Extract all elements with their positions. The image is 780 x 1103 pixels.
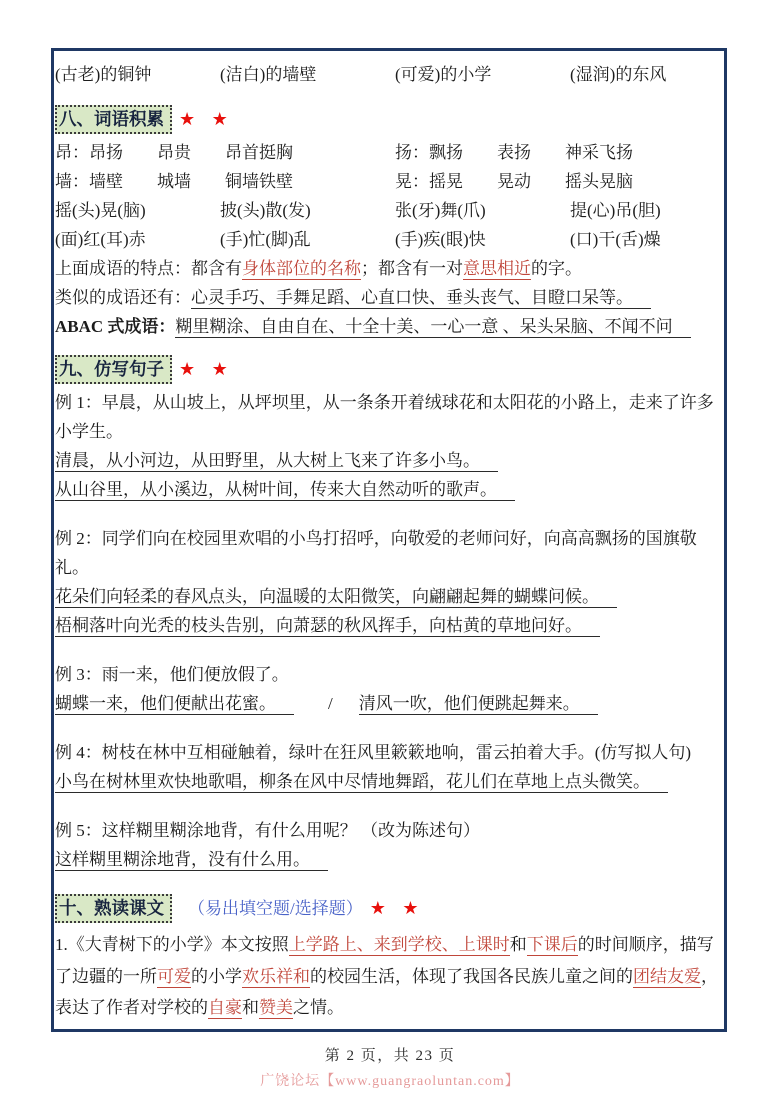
summary-text: 的小学 [191,967,242,986]
idiom-item: (手)忙(脚)乱 [220,225,395,254]
summary-keyword: 自豪 [208,998,242,1019]
idiom-item: 张(牙)舞(爪) [395,196,570,225]
summary-text: 的校园生活，体现了我国各民族儿童之间的 [310,967,633,986]
example-answer: 这样糊里糊涂地背，没有什么用。 [55,845,719,874]
phrase-item: (洁白)的墙壁 [220,60,395,89]
example-answer: 小鸟在树林里欢快地歌唱，柳条在风中尽情地舞蹈，花儿们在草地上点头微笑。 [55,767,719,796]
answer-text: 清风一吹，他们便跳起舞来。 [359,694,598,715]
similar-label: 类似的成语还有： [55,288,191,307]
watermark-site: 广饶论坛【www.guangraoluntan.com】 [0,1070,780,1090]
answer-text: 小鸟在树林里欢快地歌唱，柳条在风中尽情地舞蹈，花儿们在草地上点头微笑。 [55,772,668,793]
example-prompt: 例 3：雨一来，他们便放假了。 [55,660,719,689]
example-answer: 清晨，从小河边，从田野里，从大树上飞来了许多小鸟。 [55,446,719,475]
abac-content: 糊里糊涂、自由自在、十全十美、一心一意 、呆头呆脑、不闻不问 [175,317,690,338]
section10-title: 十、熟读课文 [55,894,172,923]
word-row: 昂：昂扬 昂贵 昂首挺胸 扬：飘扬 表扬 神采飞扬 [55,138,719,167]
summary-text: 和 [510,935,527,954]
example-prompt: 例 2：同学们向在校园里欢唱的小鸟打招呼，向敬爱的老师问好，向高高飘扬的国旗敬礼… [55,524,719,582]
similar-idioms-line: 类似的成语还有：心灵手巧、手舞足蹈、心直口快、垂头丧气、目瞪口呆等。 [55,283,719,312]
abac-idioms-line: ABAC 式成语：糊里糊涂、自由自在、十全十美、一心一意 、呆头呆脑、不闻不问 [55,312,719,341]
section8-title: 八、词语积累 [55,105,172,134]
example-prompt: 例 4：树枝在林中互相碰触着，绿叶在狂风里簌簌地响，雷云拍着大手。(仿写拟人句) [55,738,719,767]
section9-title: 九、仿写句子 [55,355,172,384]
idiom-item: (面)红(耳)赤 [55,225,220,254]
phrase-item: (古老)的铜钟 [55,60,220,89]
section10-header: 十、熟读课文（易出填空题/选择题）★ ★ [55,894,719,923]
idiom-item: (手)疾(眼)快 [395,225,570,254]
section9-header: 九、仿写句子★ ★ [55,355,719,384]
example-block: 例 1：早晨，从山坡上，从坪坝里，从一条条开着绒球花和太阳花的小路上，走来了许多… [55,388,719,504]
example-block: 例 5：这样糊里糊涂地背，有什么用呢？ （改为陈述句） 这样糊里糊涂地背，没有什… [55,816,719,874]
summary-keyword: 团结友爱 [633,967,701,988]
summary-text: 之情。 [293,998,344,1017]
example-block: 例 2：同学们向在校园里欢唱的小鸟打招呼，向敬爱的老师问好，向高高飘扬的国旗敬礼… [55,524,719,640]
example-block: 例 4：树枝在林中互相碰触着，绿叶在狂风里簌簌地响，雷云拍着大手。(仿写拟人句)… [55,738,719,796]
idiom-item: (口)干(舌)燥 [570,225,719,254]
word-row: 墙：墙壁 城墙 铜墙铁壁 晃：摇晃 晃动 摇头晃脑 [55,167,719,196]
summary-text: 和 [242,998,259,1017]
idiom-row: (面)红(耳)赤 (手)忙(脚)乱 (手)疾(眼)快 (口)干(舌)燥 [55,225,719,254]
idiom-item: 披(头)散(发) [220,196,395,225]
idiom-row: 摇(头)晃(脑) 披(头)散(发) 张(牙)舞(爪) 提(心)吊(胆) [55,196,719,225]
word-group-left: 昂：昂扬 昂贵 昂首挺胸 [55,138,395,167]
star-rating-icon: ★ ★ [179,359,234,379]
lesson-summary-paragraph: 1.《大青树下的小学》本文按照上学路上、来到学校、上课时和下课后的时间顺序，描写… [55,929,719,1024]
example-prompt: 例 5：这样糊里糊涂地背，有什么用呢？ （改为陈述句） [55,816,719,845]
star-rating-icon: ★ ★ [370,898,425,918]
page-number: 第 2 页，共 23 页 [0,1044,780,1065]
answer-separator: / [328,694,333,713]
fill-in-phrases-line: (古老)的铜钟 (洁白)的墙壁 (可爱)的小学 (湿润)的东风 [55,60,719,89]
word-group-right: 晃：摇晃 晃动 摇头晃脑 [395,167,633,196]
summary-keyword: 下课后 [527,935,578,956]
answer-text: 蝴蝶一来，他们便献出花蜜。 [55,694,294,715]
word-group-left: 墙：墙壁 城墙 铜墙铁壁 [55,167,395,196]
idiom-item: 提(心)吊(胆) [570,196,719,225]
idiom-feature-line: 上面成语的特点：都含有身体部位的名称；都含有一对意思相近的字。 [55,254,719,283]
answer-text: 从山谷里，从小溪边，从树叶间，传来大自然动听的歌声。 [55,480,515,501]
phrase-item: (可爱)的小学 [395,60,570,89]
answer-text: 这样糊里糊涂地背，没有什么用。 [55,850,328,871]
example-answer: 蝴蝶一来，他们便献出花蜜。/清风一吹，他们便跳起舞来。 [55,689,719,718]
idiom-item: 摇(头)晃(脑) [55,196,220,225]
feature-text: 的字。 [531,259,582,278]
phrase-item: (湿润)的东风 [570,60,719,89]
star-rating-icon: ★ ★ [179,109,234,129]
summary-keyword: 可爱 [157,967,191,988]
word-group-right: 扬：飘扬 表扬 神采飞扬 [395,138,633,167]
summary-keyword: 欢乐祥和 [242,967,310,988]
example-answer: 花朵们向轻柔的春风点头，向温暖的太阳微笑，向翩翩起舞的蝴蝶问候。 [55,582,719,611]
example-answer: 从山谷里，从小溪边，从树叶间，传来大自然动听的歌声。 [55,475,719,504]
feature-highlight: 身体部位的名称 [242,259,361,280]
answer-text: 花朵们向轻柔的春风点头，向温暖的太阳微笑，向翩翩起舞的蝴蝶问候。 [55,587,617,608]
similar-content: 心灵手巧、手舞足蹈、心直口快、垂头丧气、目瞪口呆等。 [191,288,651,309]
feature-text: ；都含有一对 [361,259,463,278]
example-block: 例 3：雨一来，他们便放假了。 蝴蝶一来，他们便献出花蜜。/清风一吹，他们便跳起… [55,660,719,718]
example-prompt: 例 1：早晨，从山坡上，从坪坝里，从一条条开着绒球花和太阳花的小路上，走来了许多… [55,388,719,446]
summary-keyword: 赞美 [259,998,293,1019]
feature-highlight: 意思相近 [463,259,531,280]
example-answer: 梧桐落叶向光秃的枝头告别，向萧瑟的秋风挥手，向枯黄的草地问好。 [55,611,719,640]
section8-header: 八、词语积累★ ★ [55,105,719,134]
abac-label: ABAC 式成语： [55,317,175,336]
summary-text: 1.《大青树下的小学》本文按照 [55,935,289,954]
summary-keyword: 上学路上、来到学校、上课时 [289,935,510,956]
feature-text: 上面成语的特点：都含有 [55,259,242,278]
answer-text: 清晨，从小河边，从田野里，从大树上飞来了许多小鸟。 [55,451,498,472]
section10-note: （易出填空题/选择题） [188,899,363,918]
answer-text: 梧桐落叶向光秃的枝头告别，向萧瑟的秋风挥手，向枯黄的草地问好。 [55,616,600,637]
content-frame: (古老)的铜钟 (洁白)的墙壁 (可爱)的小学 (湿润)的东风 八、词语积累★ … [51,48,727,1032]
